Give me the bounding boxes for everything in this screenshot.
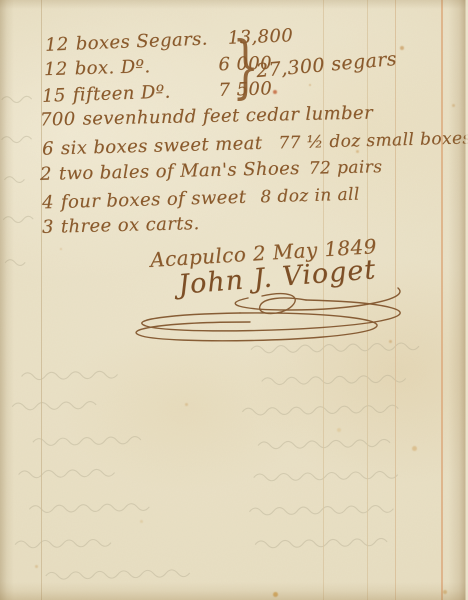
signature-flourish bbox=[0, 0, 468, 600]
manuscript-page: 12boxes Segars.13,800 12box. Dº.6 000 15… bbox=[0, 0, 468, 600]
